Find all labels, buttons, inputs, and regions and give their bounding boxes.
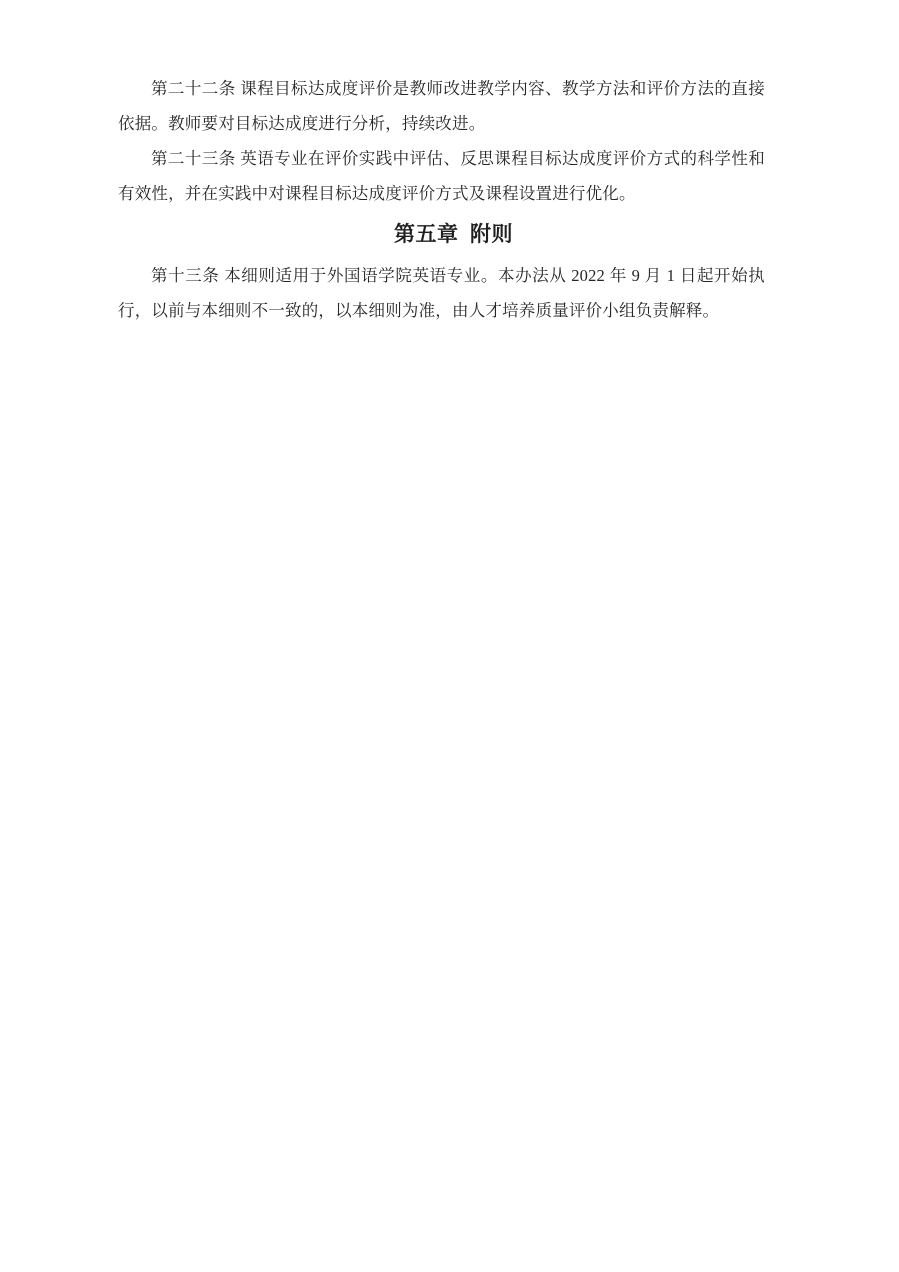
- paragraph-article-22: 第二十二条 课程目标达成度评价是教师改进教学内容、教学方法和评价方法的直接依据。…: [118, 71, 765, 141]
- document-page: 第二十二条 课程目标达成度评价是教师改进教学内容、教学方法和评价方法的直接依据。…: [0, 0, 899, 1272]
- paragraph-article-23: 第二十三条 英语专业在评价实践中评估、反思课程目标达成度评价方式的科学性和有效性…: [118, 141, 765, 211]
- paragraph-article-13: 第十三条 本细则适用于外国语学院英语专业。本办法从 2022 年 9 月 1 日…: [118, 258, 765, 328]
- text-column: 第二十二条 课程目标达成度评价是教师改进教学内容、教学方法和评价方法的直接依据。…: [118, 71, 765, 328]
- chapter-heading: 第五章 附则: [142, 211, 765, 258]
